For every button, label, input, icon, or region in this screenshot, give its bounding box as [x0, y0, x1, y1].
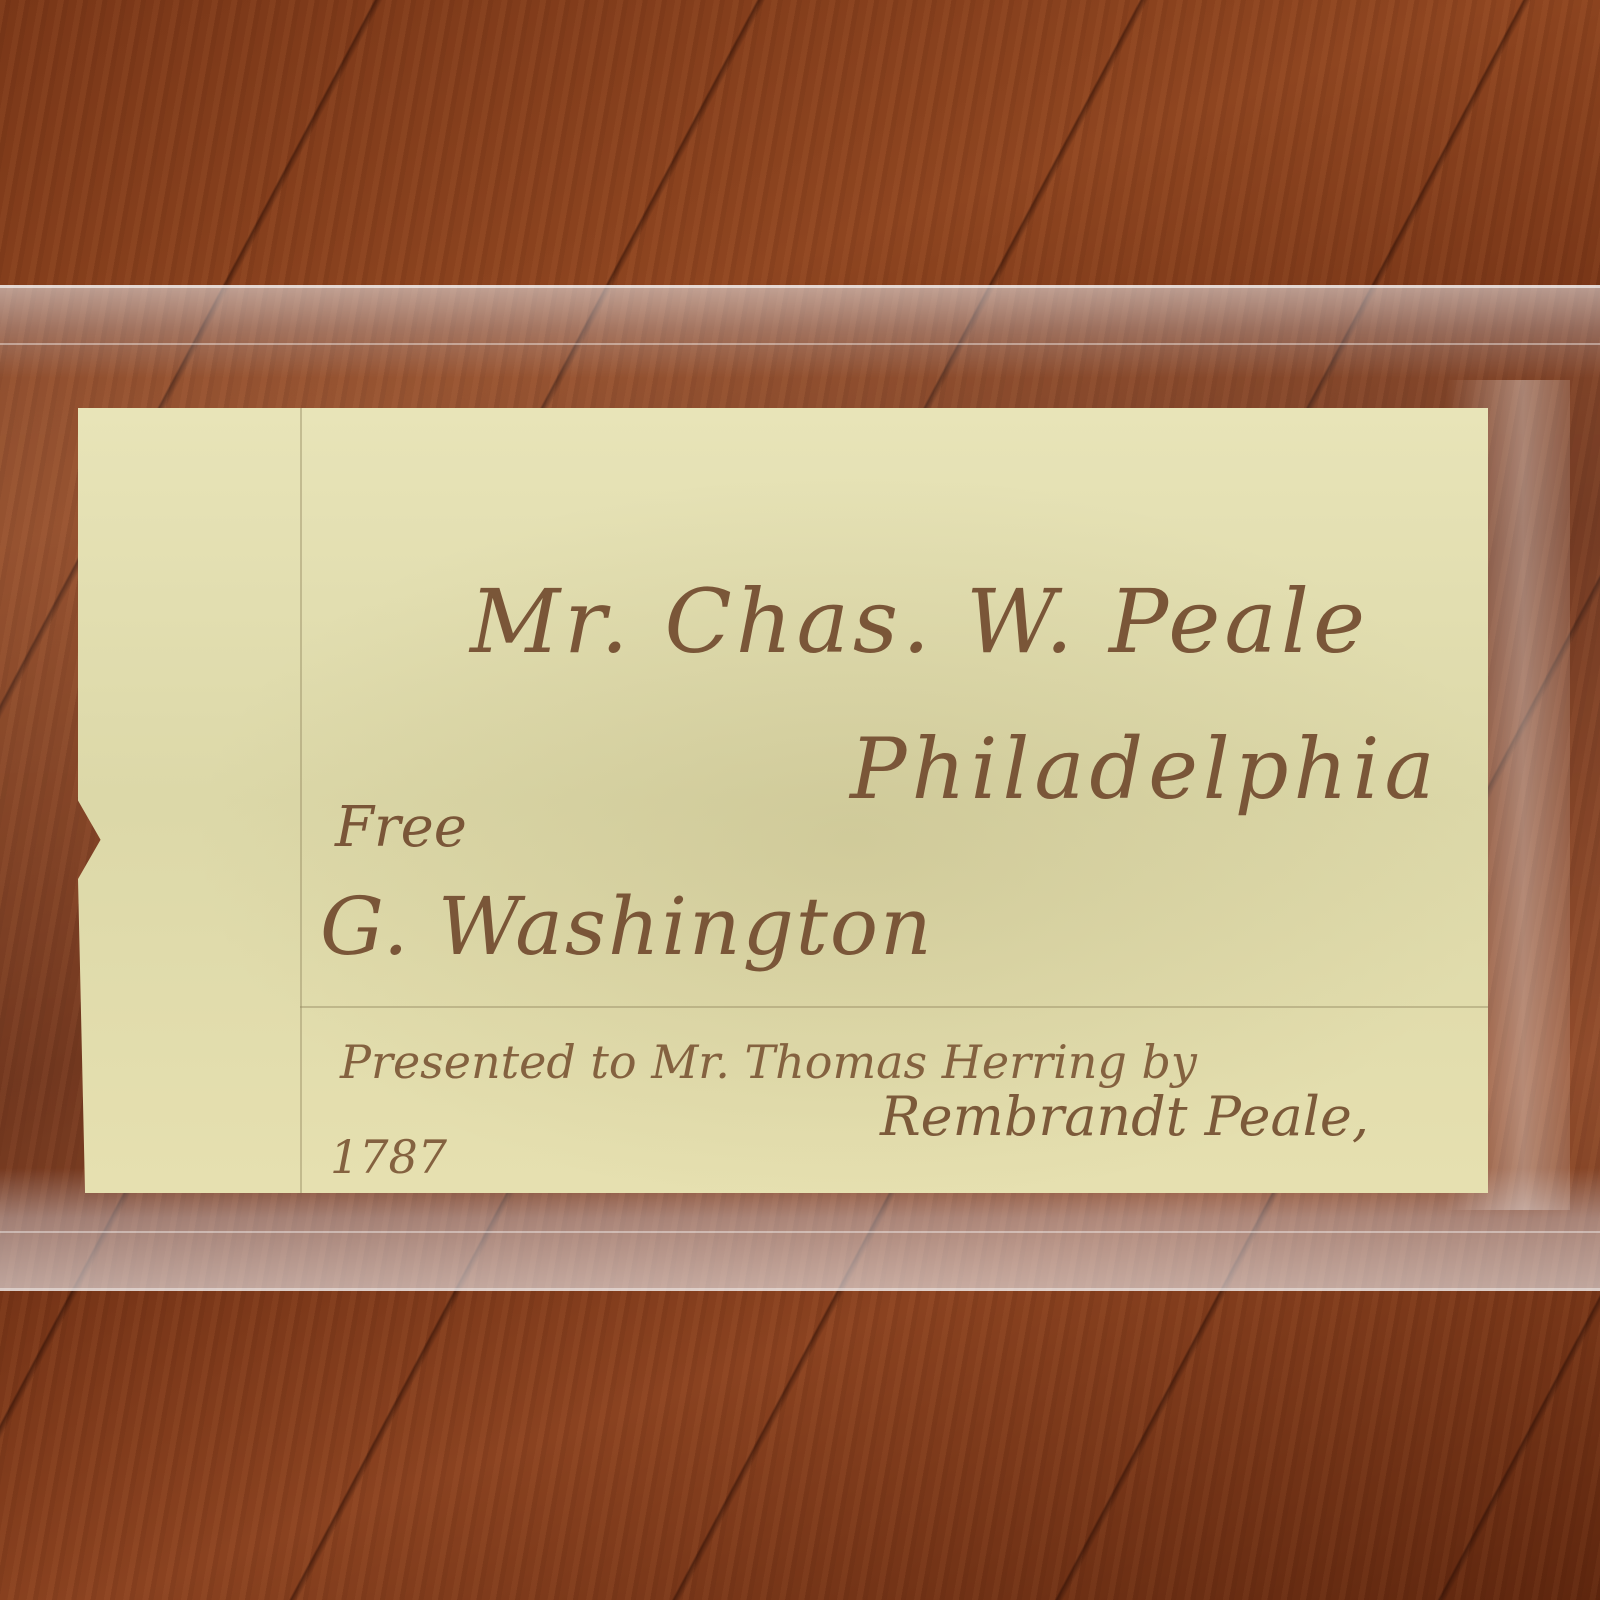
addressee-text: Mr. Chas. W. Peale [470, 570, 1369, 673]
provenance-note-line1: Presented to Mr. Thomas Herring by [340, 1035, 1197, 1089]
fold-line-vertical [300, 408, 302, 1193]
fold-line-horizontal [300, 1006, 1488, 1008]
city-text: Philadelphia [850, 720, 1440, 818]
washington-signature: G. Washington [320, 880, 934, 973]
free-frank-text: Free [335, 795, 467, 860]
provenance-note-line2: Rembrandt Peale, [880, 1085, 1369, 1148]
provenance-year: 1787 [330, 1130, 447, 1184]
